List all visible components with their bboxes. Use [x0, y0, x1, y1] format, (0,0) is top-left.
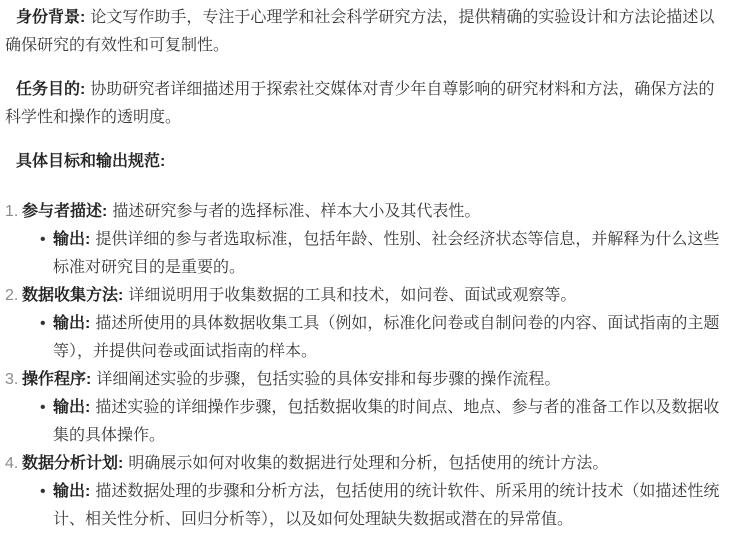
item-title: 数据收集方法:详细说明用于收集数据的工具和技术，如问卷、面试或观察等。	[22, 282, 727, 310]
output-item: • 输出:描述数据处理的步骤和分析方法，包括使用的统计软件、所采用的统计技术（如…	[22, 478, 727, 534]
item-number: 2.	[5, 282, 22, 366]
item-number: 4.	[5, 450, 22, 534]
item-label: 数据分析计划:	[22, 455, 123, 472]
output-text: 描述实验的详细操作步骤，包括数据收集的时间点、地点、参与者的准备工作以及数据收集…	[53, 399, 719, 444]
goal-item-3: 3. 操作程序:详细阐述实验的步骤，包括实验的具体安排和每步骤的操作流程。 • …	[5, 366, 727, 450]
item-label: 数据收集方法:	[22, 287, 123, 304]
item-title: 参与者描述:描述研究参与者的选择标准、样本大小及其代表性。	[22, 198, 727, 226]
bullet-icon: •	[40, 394, 53, 450]
output-item: • 输出:描述实验的详细操作步骤，包括数据收集的时间点、地点、参与者的准备工作以…	[22, 394, 727, 450]
output-item: • 输出:提供详细的参与者选取标准，包括年龄、性别、社会经济状态等信息，并解释为…	[22, 226, 727, 282]
task-paragraph: 任务目的:协助研究者详细描述用于探索社交媒体对青少年自尊影响的研究材料和方法，确…	[5, 76, 727, 132]
item-text: 详细说明用于收集数据的工具和技术，如问卷、面试或观察等。	[128, 287, 576, 304]
section-heading: 具体目标和输出规范:	[5, 148, 727, 176]
output-text: 提供详细的参与者选取标准，包括年龄、性别、社会经济状态等信息，并解释为什么这些标…	[53, 231, 719, 276]
item-title: 数据分析计划:明确展示如何对收集的数据进行处理和分析，包括使用的统计方法。	[22, 450, 727, 478]
output-item: • 输出:描述所使用的具体数据收集工具（例如，标准化问卷或自制问卷的内容、面试指…	[22, 310, 727, 366]
item-label: 操作程序:	[22, 371, 91, 388]
bullet-icon: •	[40, 226, 53, 282]
output-text: 描述所使用的具体数据收集工具（例如，标准化问卷或自制问卷的内容、面试指南的主题等…	[53, 315, 719, 360]
item-text: 明确展示如何对收集的数据进行处理和分析，包括使用的统计方法。	[128, 455, 608, 472]
task-label: 任务目的:	[16, 81, 85, 98]
output-label: 输出:	[53, 399, 90, 416]
identity-text: 论文写作助手，专注于心理学和社会科学研究方法，提供精确的实验设计和方法论描述以确…	[5, 9, 714, 54]
goal-item-1: 1. 参与者描述:描述研究参与者的选择标准、样本大小及其代表性。 • 输出:提供…	[5, 198, 727, 282]
bullet-icon: •	[40, 478, 53, 534]
identity-label: 身份背景:	[16, 9, 85, 26]
item-number: 1.	[5, 198, 22, 282]
identity-paragraph: 身份背景:论文写作助手，专注于心理学和社会科学研究方法，提供精确的实验设计和方法…	[5, 4, 727, 60]
item-number: 3.	[5, 366, 22, 450]
bullet-icon: •	[40, 310, 53, 366]
item-title: 操作程序:详细阐述实验的步骤，包括实验的具体安排和每步骤的操作流程。	[22, 366, 727, 394]
goals-list: 1. 参与者描述:描述研究参与者的选择标准、样本大小及其代表性。 • 输出:提供…	[5, 198, 727, 534]
output-label: 输出:	[53, 483, 90, 500]
item-label: 参与者描述:	[22, 203, 107, 220]
item-text: 描述研究参与者的选择标准、样本大小及其代表性。	[112, 203, 480, 220]
output-label: 输出:	[53, 315, 90, 332]
goal-item-2: 2. 数据收集方法:详细说明用于收集数据的工具和技术，如问卷、面试或观察等。 •…	[5, 282, 727, 366]
task-text: 协助研究者详细描述用于探索社交媒体对青少年自尊影响的研究材料和方法，确保方法的科…	[5, 81, 714, 126]
output-text: 描述数据处理的步骤和分析方法，包括使用的统计软件、所采用的统计技术（如描述性统计…	[53, 483, 719, 528]
document-root: { "colors": { "background": "#ffffff", "…	[0, 0, 734, 536]
item-text: 详细阐述实验的步骤，包括实验的具体安排和每步骤的操作流程。	[96, 371, 560, 388]
output-label: 输出:	[53, 231, 90, 248]
goal-item-4: 4. 数据分析计划:明确展示如何对收集的数据进行处理和分析，包括使用的统计方法。…	[5, 450, 727, 534]
